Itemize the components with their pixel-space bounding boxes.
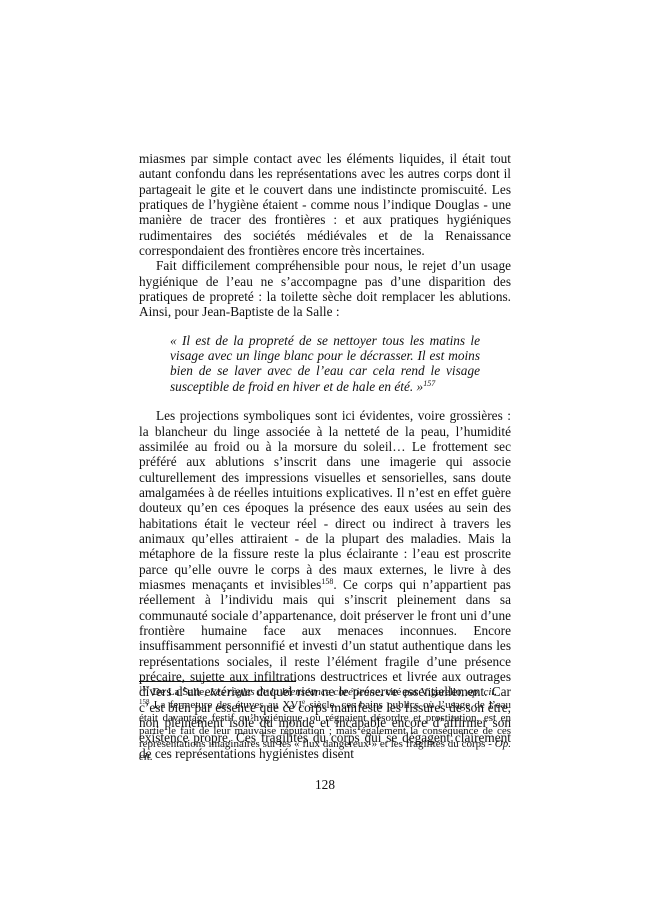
footnote-text: La fermeture des étuves au XVI <box>154 699 302 711</box>
paragraph-fait-difficilement: Fait difficilement compréhensible pour n… <box>139 258 511 319</box>
footnote-op-cit: op. cit. <box>467 686 497 698</box>
footnote-book-title: Les règles de la bienséance chrétienne <box>210 686 380 698</box>
footnote-ref-158[interactable]: 158 <box>321 577 333 586</box>
footnote-separator <box>139 681 296 682</box>
quotation-de-la-salle: « Il est de la propreté de se nettoyer t… <box>170 333 480 394</box>
page-number: 128 <box>0 777 650 793</box>
footnote-number: 158 <box>139 698 150 706</box>
footnote-text: De La Salle, <box>152 686 209 698</box>
page-body: miasmes par simple contact avec les élém… <box>139 151 511 761</box>
footnote-157: 157 De La Salle, Les règles de la biensé… <box>139 686 511 699</box>
paragraph-miasmes: miasmes par simple contact avec les élém… <box>139 151 511 258</box>
footnotes: 157 De La Salle, Les règles de la biensé… <box>139 681 511 764</box>
footnote-text: , cité par Vigarello, <box>380 686 467 698</box>
paragraph-text-part1: Les projections symboliques sont ici évi… <box>139 408 511 592</box>
footnote-number: 157 <box>139 685 150 693</box>
footnote-ref-157[interactable]: 157 <box>423 379 435 388</box>
footnote-158: 158 La fermeture des étuves au XVIe sièc… <box>139 699 511 764</box>
